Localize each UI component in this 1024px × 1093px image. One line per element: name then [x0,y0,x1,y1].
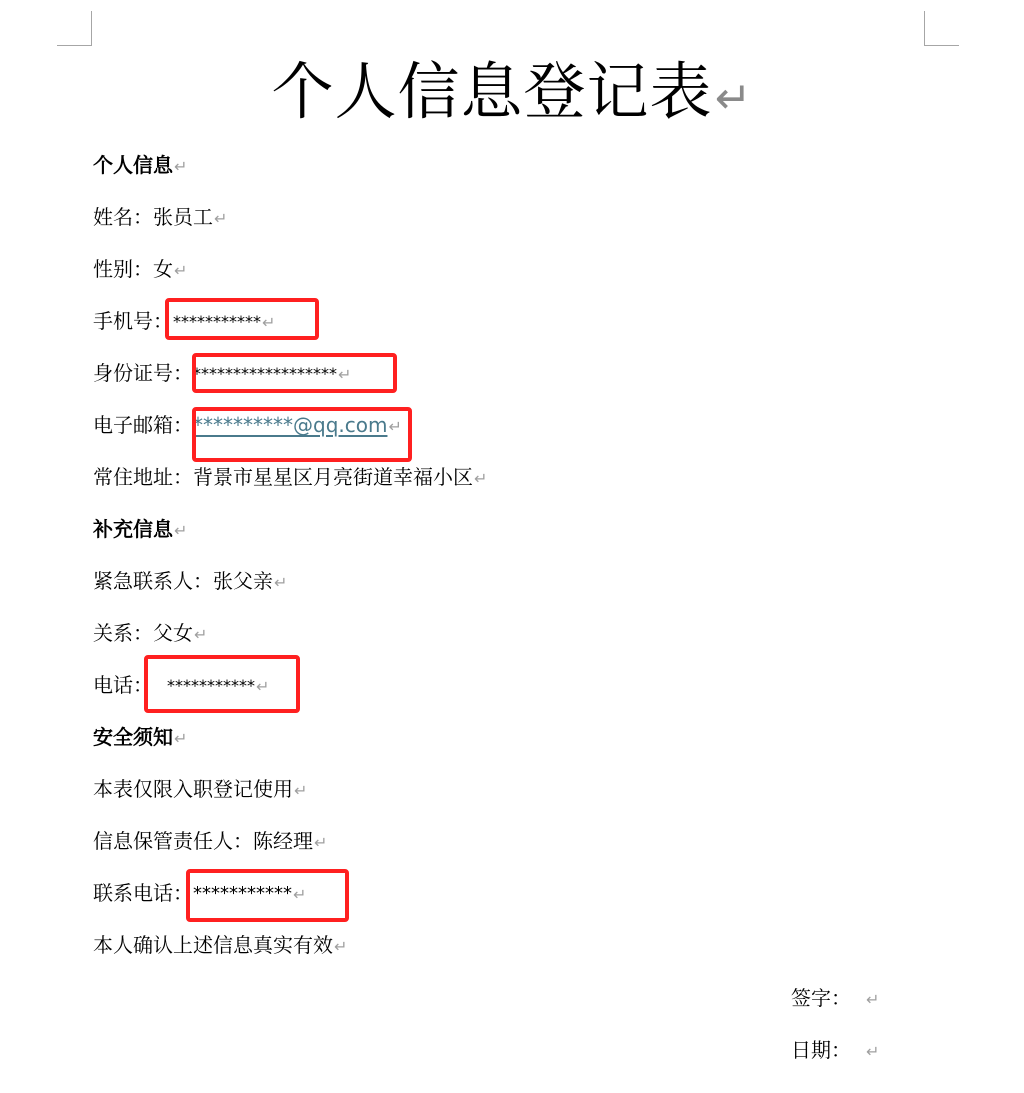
field-emergency-contact[interactable]: 紧急联系人：张父亲↵ [93,566,287,596]
section-heading-personal[interactable]: 个人信息↵ [93,150,187,180]
section-heading-safety[interactable]: 安全须知↵ [93,722,187,752]
redaction-box-contact-tel [186,869,349,922]
paragraph-mark-icon: ↵ [174,157,187,176]
field-relation[interactable]: 关系：父女↵ [93,618,207,648]
heading-text: 补充信息 [93,517,173,541]
field-value: 女 [153,257,173,281]
paragraph-mark-icon: ↵ [174,521,187,540]
field-label: 关系： [93,621,153,645]
date-label: 日期： [791,1038,851,1062]
usage-note[interactable]: 本表仅限入职登记使用↵ [93,774,307,804]
field-label: 姓名： [93,205,153,229]
paragraph-mark-icon: ↵ [174,729,187,748]
signature-label: 签字： [791,986,851,1010]
signature-field[interactable]: 签字：↵ [791,983,879,1015]
paragraph-mark-icon: ↵ [174,261,187,280]
field-address[interactable]: 常住地址：背景市星星区月亮街道幸福小区↵ [93,462,487,492]
paragraph-mark-icon: ↵ [194,625,207,644]
paragraph-mark-icon: ↵ [294,781,307,800]
page-corner-mark-top-left [57,11,92,46]
field-value: 父女 [153,621,193,645]
field-label: 性别： [93,257,153,281]
field-label: 手机号： [93,309,173,333]
field-value: 背景市星星区月亮街道幸福小区 [193,465,473,489]
field-value: 陈经理 [253,829,313,853]
note-text: 本表仅限入职登记使用 [93,777,293,801]
date-field[interactable]: 日期：↵ [791,1035,879,1067]
confirmation-statement[interactable]: 本人确认上述信息真实有效↵ [93,930,347,960]
field-custodian[interactable]: 信息保管责任人：陈经理↵ [93,826,327,856]
page-corner-mark-top-right [924,11,959,46]
field-label: 身份证号： [93,361,193,385]
field-name[interactable]: 姓名：张员工↵ [93,202,227,232]
field-label: 常住地址： [93,465,193,489]
title-text: 个人信息登记表 [272,55,713,128]
paragraph-mark-icon: ↵ [474,469,487,488]
redaction-box-id-number [192,353,397,393]
field-value: 张员工 [153,205,213,229]
redaction-box-emergency-tel [144,655,300,713]
paragraph-mark-icon: ↵ [314,833,327,852]
field-value: 张父亲 [213,569,273,593]
field-label: 信息保管责任人： [93,829,253,853]
heading-text: 个人信息 [93,153,173,177]
paragraph-mark-icon: ↵ [214,209,227,228]
document-title[interactable]: 个人信息登记表↵ [0,52,1024,139]
redaction-box-phone [165,298,319,340]
heading-text: 安全须知 [93,725,173,749]
paragraph-mark-icon: ↵ [274,573,287,592]
field-label: 电子邮箱： [93,413,193,437]
confirmation-text: 本人确认上述信息真实有效 [93,933,333,957]
section-heading-supplementary[interactable]: 补充信息↵ [93,514,187,544]
redaction-box-email [192,407,412,462]
paragraph-mark-icon: ↵ [866,990,879,1009]
field-gender[interactable]: 性别：女↵ [93,254,187,284]
field-label: 紧急联系人： [93,569,213,593]
paragraph-mark-icon: ↵ [334,937,347,956]
paragraph-mark-icon: ↵ [866,1042,879,1061]
field-label: 联系电话： [93,881,193,905]
paragraph-mark-icon: ↵ [715,73,753,124]
